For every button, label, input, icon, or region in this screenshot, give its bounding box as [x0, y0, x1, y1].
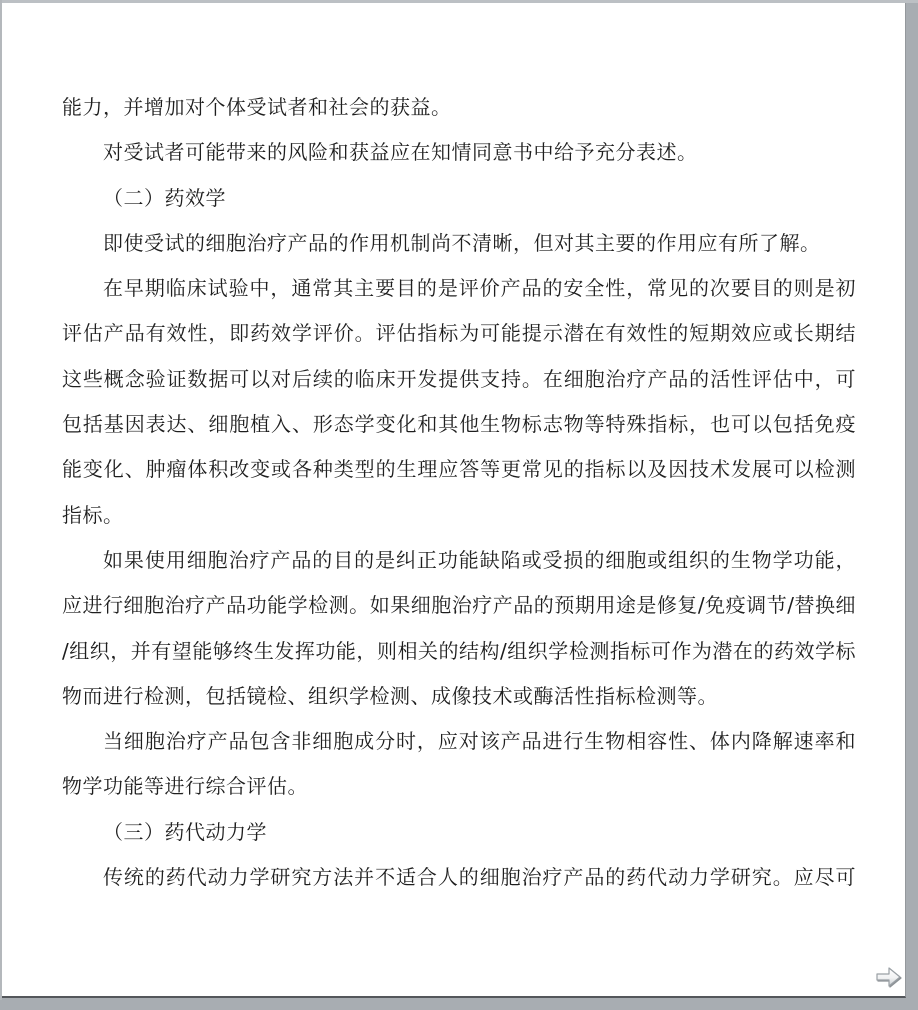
text-line: 应进行细胞治疗产品功能学检测。如果细胞治疗产品的预期用途是修复/免疫调节/替换细… [62, 583, 856, 628]
text-line: 这些概念验证数据可以对后续的临床开发提供支持。在细胞治疗产品的活性评估中，可以 [62, 357, 856, 402]
text-line: 评估产品有效性，即药效学评价。评估指标为可能提示潜在有效性的短期效应或长期结局。 [62, 311, 856, 356]
document-page: 能力，并增加对个体受试者和社会的获益。对受试者可能带来的风险和获益应在知情同意书… [2, 3, 906, 998]
text-line: （二）药效学 [62, 176, 856, 221]
text-line: 能变化、肿瘤体积改变或各种类型的生理应答等更常见的指标以及因技术发展可以检测的 [62, 447, 856, 492]
next-page-button[interactable] [875, 965, 903, 989]
text-line: （三）药代动力学 [62, 810, 856, 855]
text-line: 即使受试的细胞治疗产品的作用机制尚不清晰，但对其主要的作用应有所了解。 [62, 221, 856, 266]
document-text: 能力，并增加对个体受试者和社会的获益。对受试者可能带来的风险和获益应在知情同意书… [62, 85, 856, 900]
text-line: 对受试者可能带来的风险和获益应在知情同意书中给予充分表述。 [62, 130, 856, 175]
document-viewer-canvas: { "document": { "lines": [ { "text": "能力… [0, 0, 918, 1010]
text-line: /组织，并有望能够终生发挥功能，则相关的结构/组织学检测指标可作为潜在的药效学标… [62, 629, 856, 674]
text-line: 在早期临床试验中，通常其主要目的是评价产品的安全性，常见的次要目的则是初步 [62, 266, 856, 311]
text-line: 包括基因表达、细胞植入、形态学变化和其他生物标志物等特殊指标，也可以包括免疫功 [62, 402, 856, 447]
text-line: 如果使用细胞治疗产品的目的是纠正功能缺陷或受损的细胞或组织的生物学功能，则 [62, 538, 856, 583]
text-line: 传统的药代动力学研究方法并不适合人的细胞治疗产品的药代动力学研究。应尽可能 [62, 855, 856, 900]
text-line: 物而进行检测，包括镜检、组织学检测、成像技术或酶活性指标检测等。 [62, 674, 856, 719]
text-line: 指标。 [62, 493, 856, 538]
text-line: 物学功能等进行综合评估。 [62, 764, 856, 809]
text-line: 当细胞治疗产品包含非细胞成分时，应对该产品进行生物相容性、体内降解速率和生 [62, 719, 856, 764]
text-line: 能力，并增加对个体受试者和社会的获益。 [62, 85, 856, 130]
arrow-right-icon [875, 965, 903, 989]
